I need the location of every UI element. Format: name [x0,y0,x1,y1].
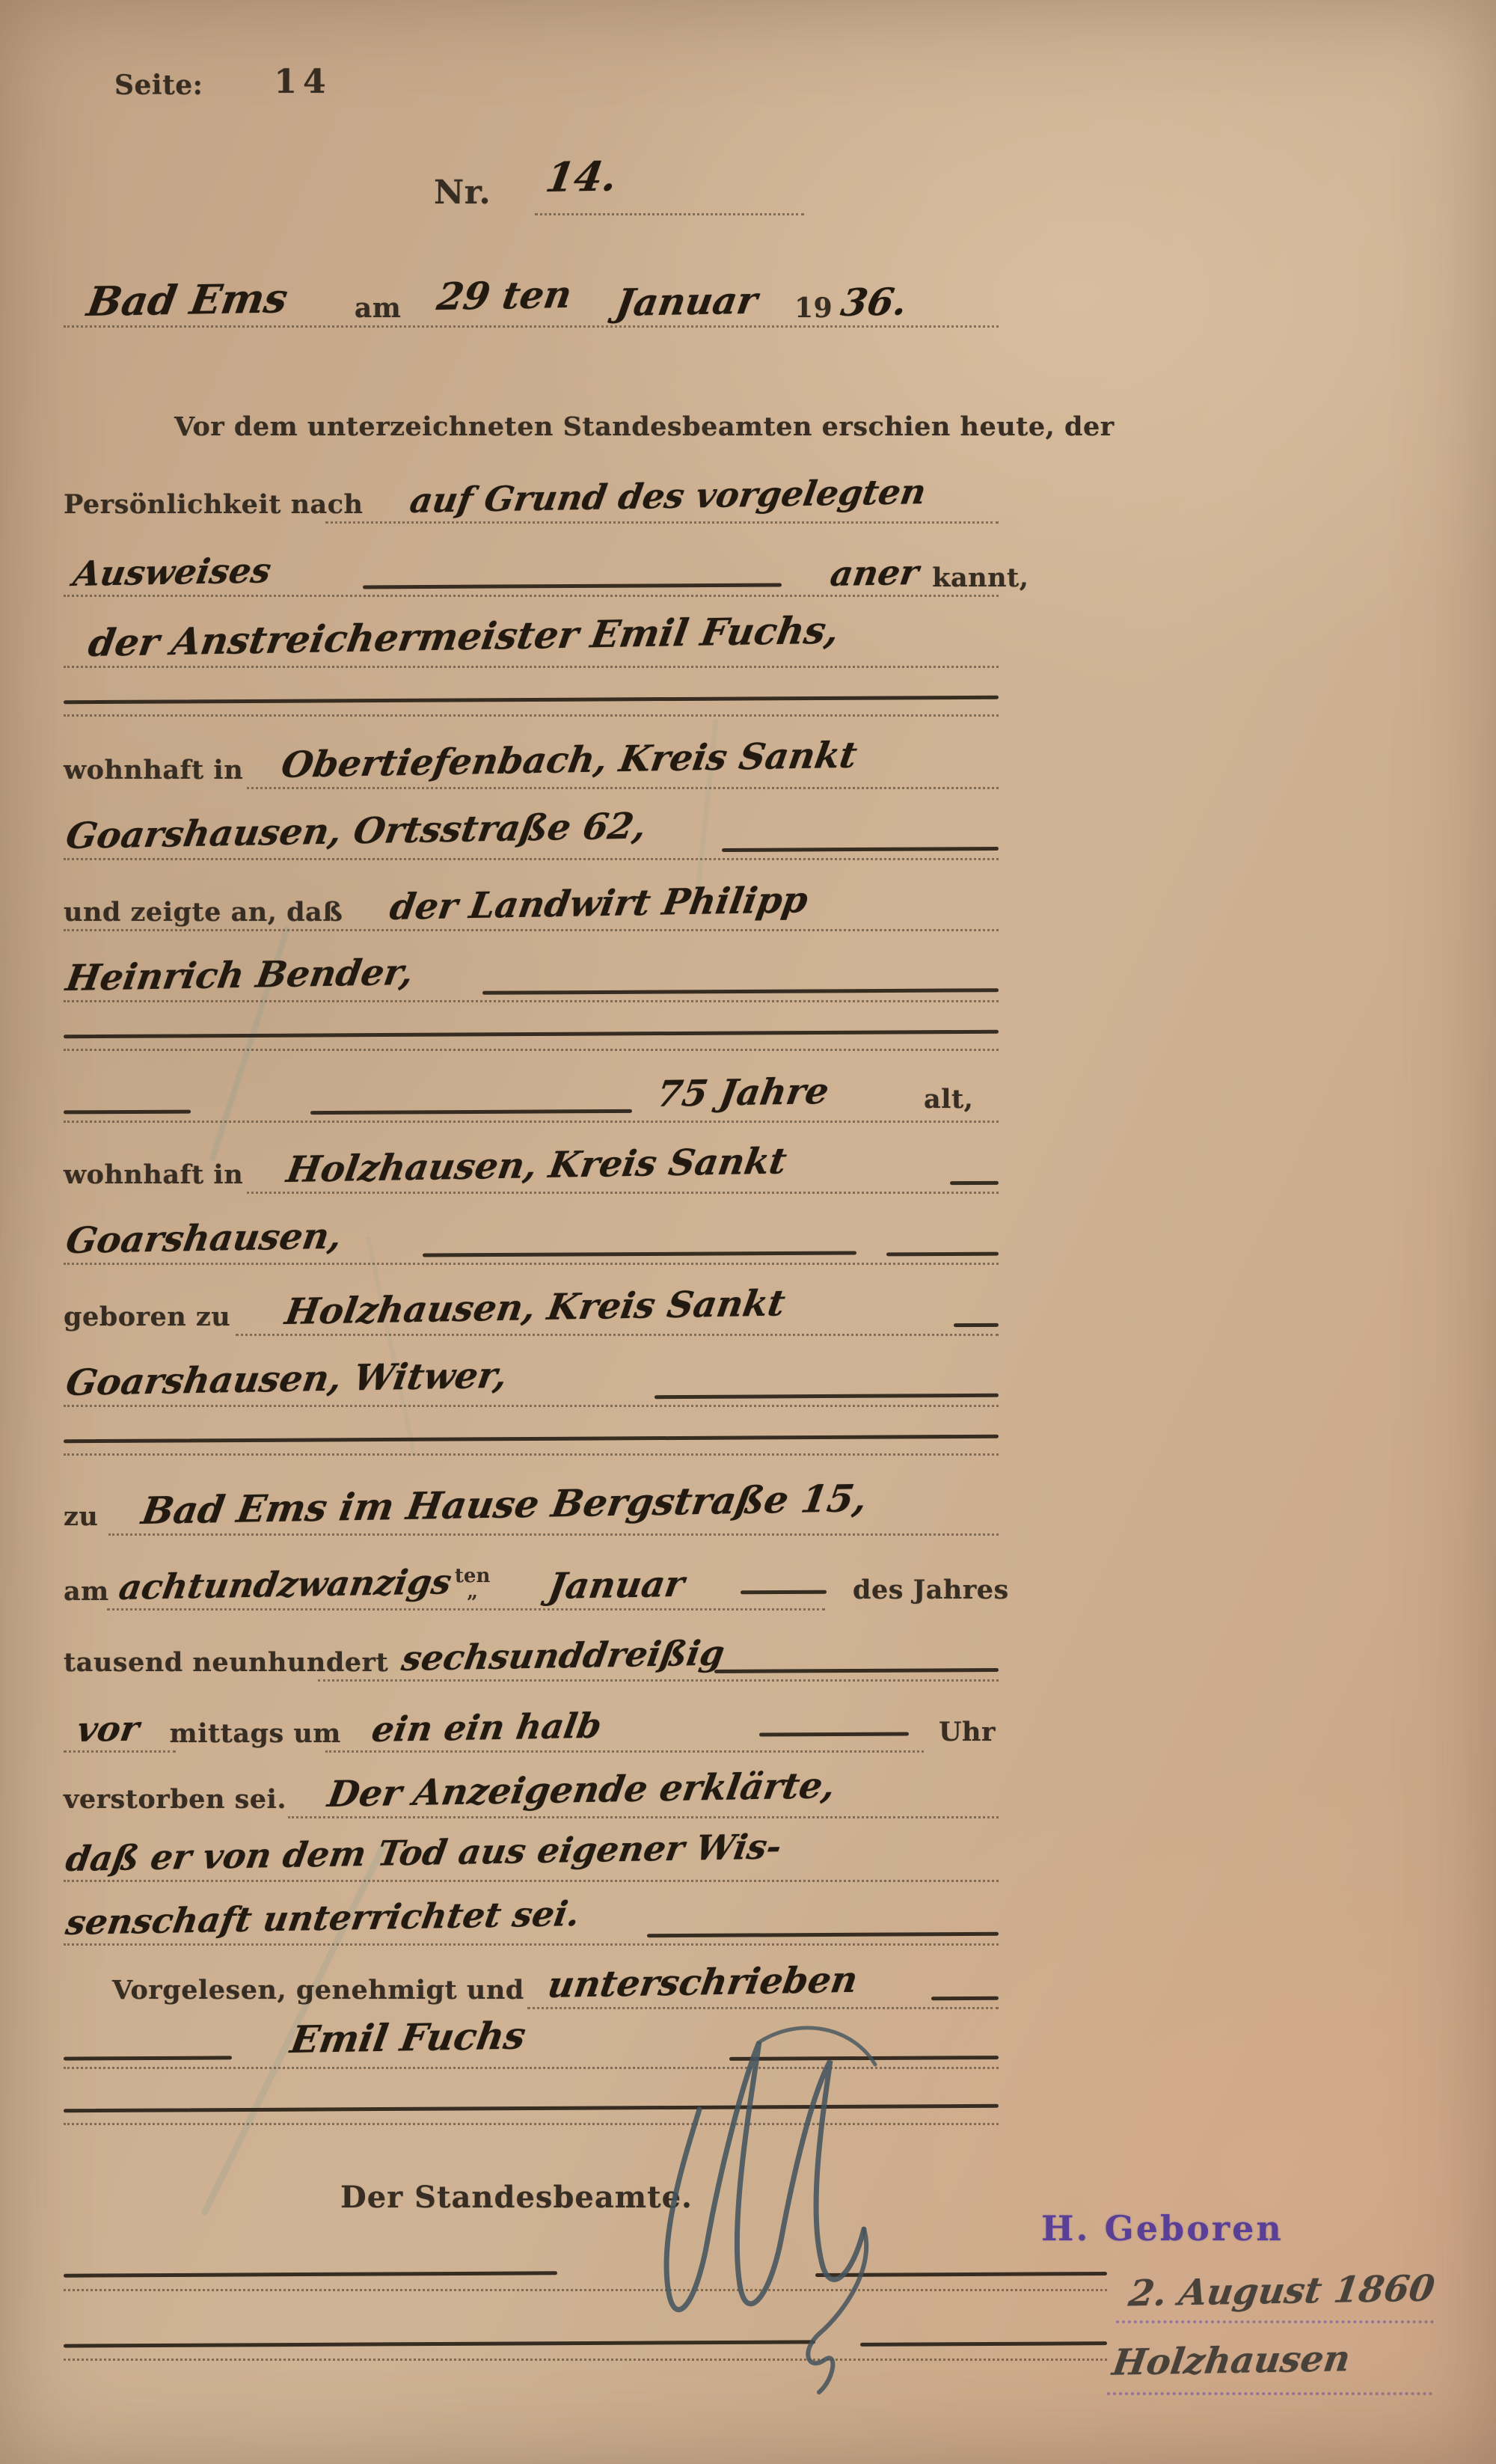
scanned-death-record: { "document": { "page_label": "Seite:", … [0,0,1496,2464]
scan-vignette [0,0,1496,2464]
